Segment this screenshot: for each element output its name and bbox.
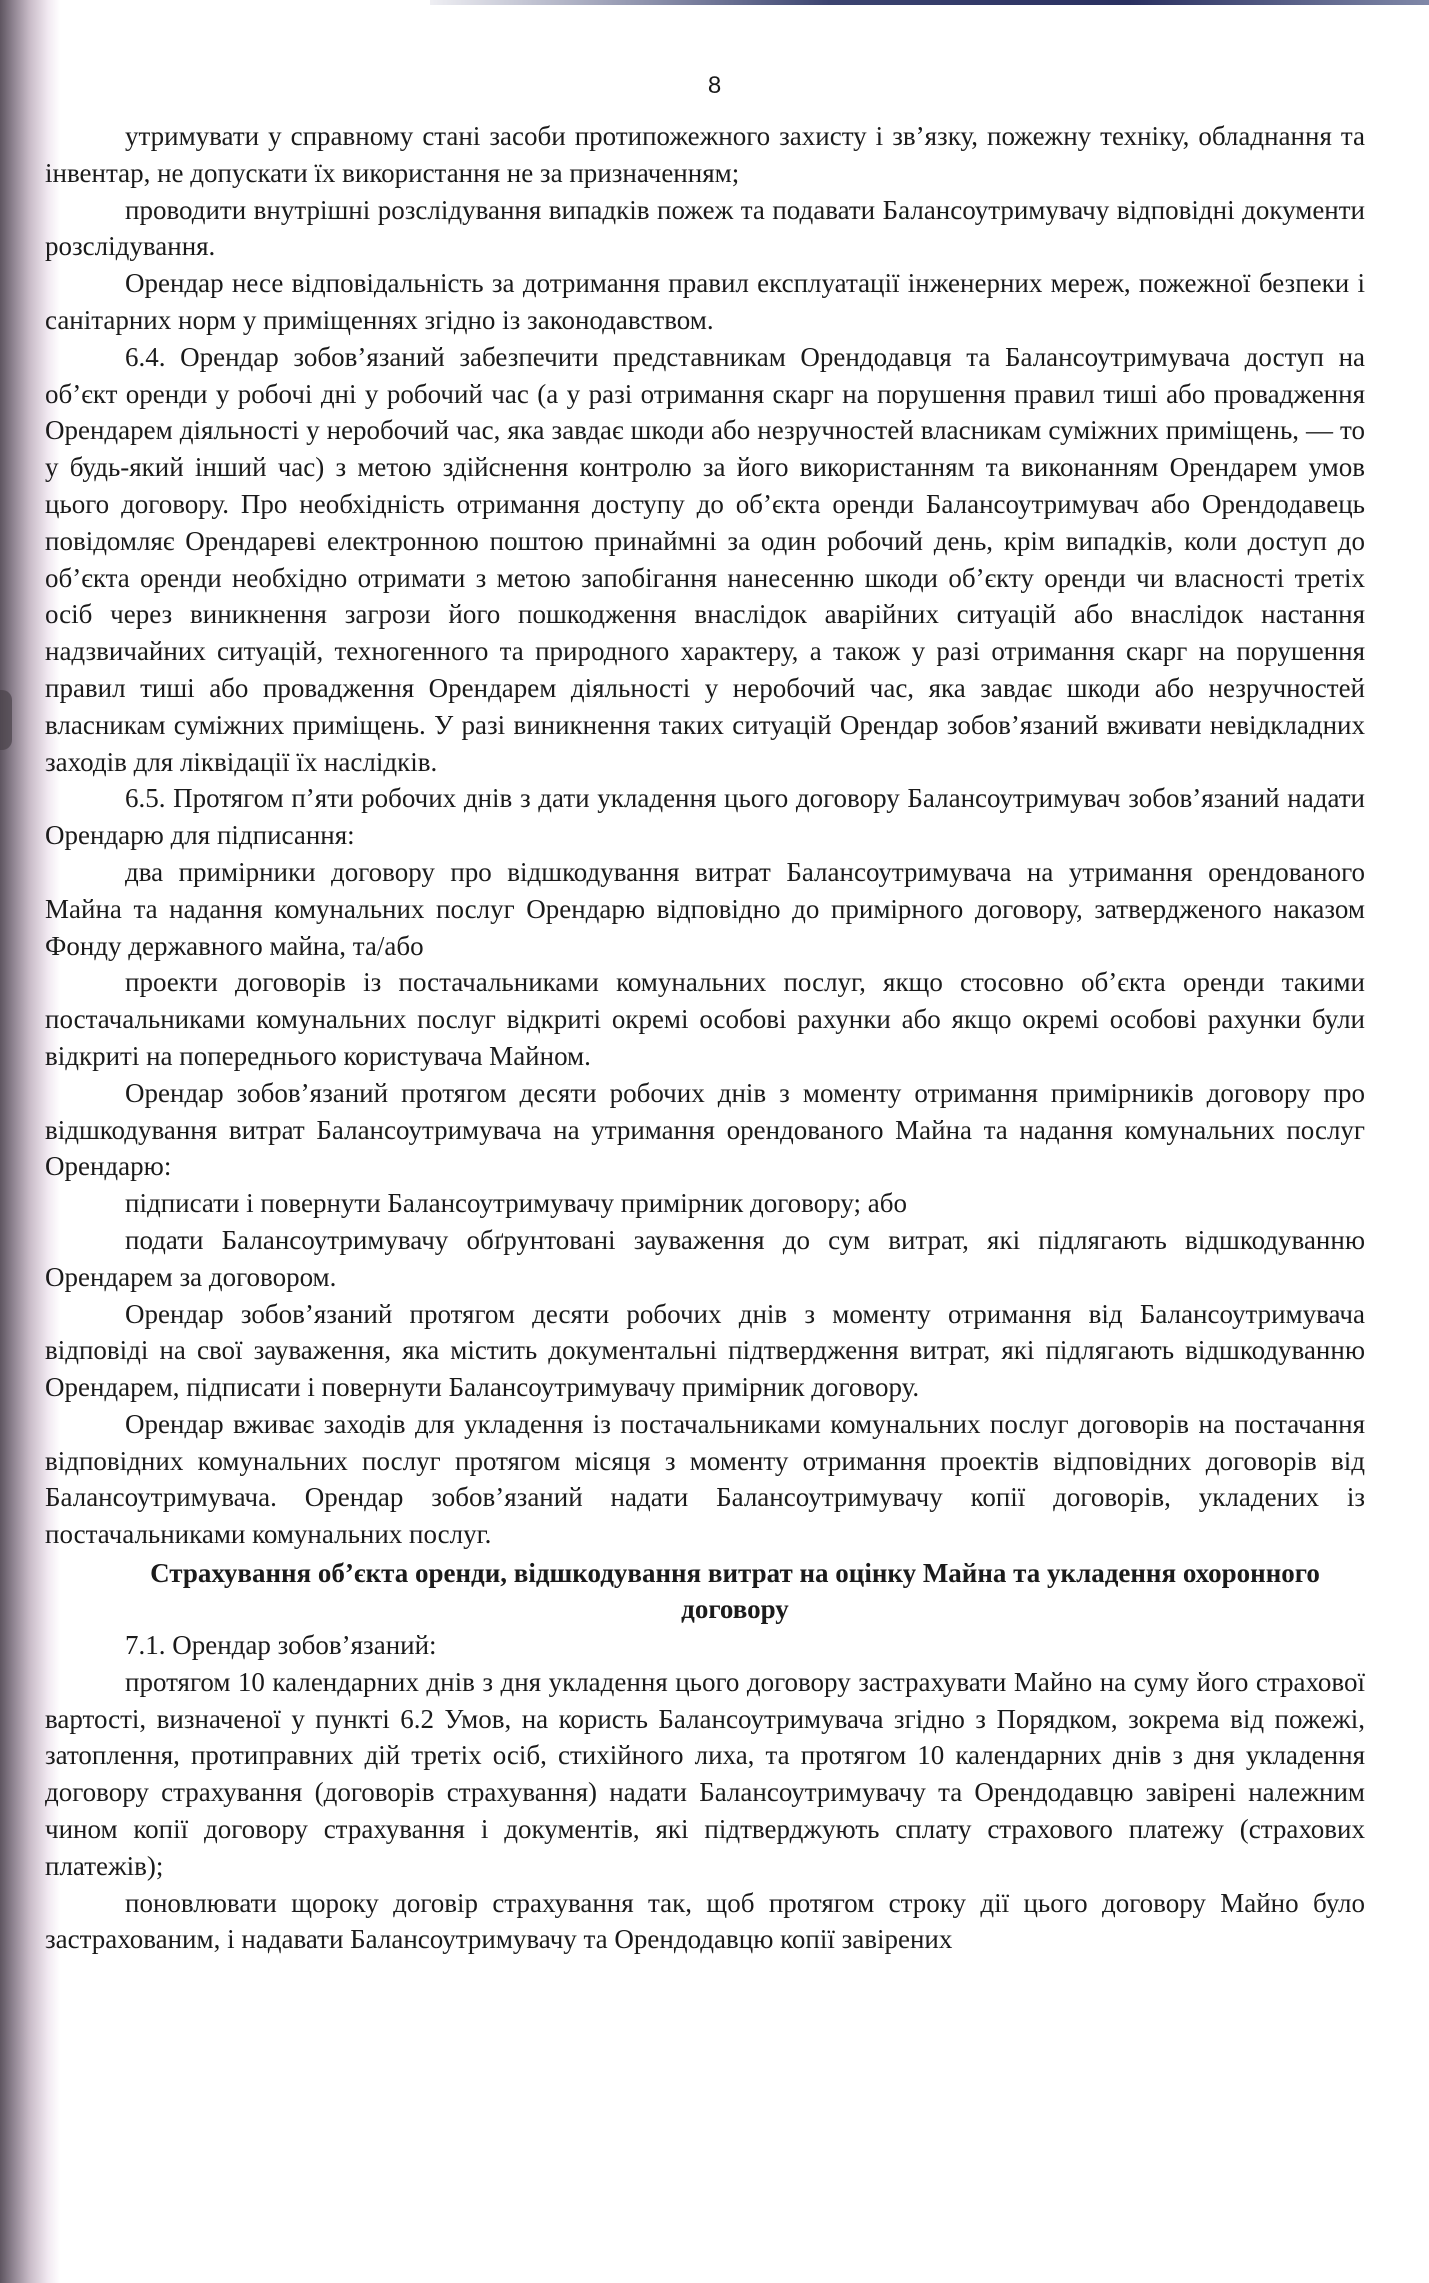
scan-top-edge [430,0,1429,5]
paragraph-insure-property: протягом 10 календарних днів з дня уклад… [45,1664,1365,1885]
paragraph-fire-equipment: утримувати у справному стані засоби прот… [45,118,1365,192]
paragraph-fire-investigations: проводити внутрішні розслідування випадк… [45,192,1365,266]
section-heading-insurance: Страхування об’єкта оренди, відшкодуванн… [45,1553,1365,1627]
page-number: 8 [0,72,1429,100]
scan-artifact [0,690,12,750]
paragraph-renew-insurance: поновлювати щороку договір страхування т… [45,1885,1365,1959]
paragraph-ten-days: Орендар зобов’язаний протягом десяти роб… [45,1075,1365,1185]
paragraph-clause-6-5: 6.5. Протягом п’яти робочих днів з дати … [45,780,1365,854]
paragraph-tenant-responsibility: Орендар несе відповідальність за дотрима… [45,265,1365,339]
paragraph-two-copies: два примірники договору про відшкодуванн… [45,854,1365,964]
paragraph-remarks: подати Балансоутримувачу обґрунтовані за… [45,1222,1365,1296]
paragraph-clause-7-1: 7.1. Орендар зобов’язаний: [45,1627,1365,1664]
document-body: утримувати у справному стані засоби прот… [45,118,1365,1958]
paragraph-response-remarks: Орендар зобов’язаний протягом десяти роб… [45,1296,1365,1406]
scanned-document-page: 8 утримувати у справному стані засоби пр… [0,0,1429,2283]
paragraph-utility-contracts: Орендар вживає заходів для укладення із … [45,1406,1365,1553]
paragraph-clause-6-4: 6.4. Орендар зобов’язаний забезпечити пр… [45,339,1365,781]
paragraph-sign-return: підписати і повернути Балансоутримувачу … [45,1185,1365,1222]
paragraph-draft-contracts: проекти договорів із постачальниками ком… [45,964,1365,1074]
